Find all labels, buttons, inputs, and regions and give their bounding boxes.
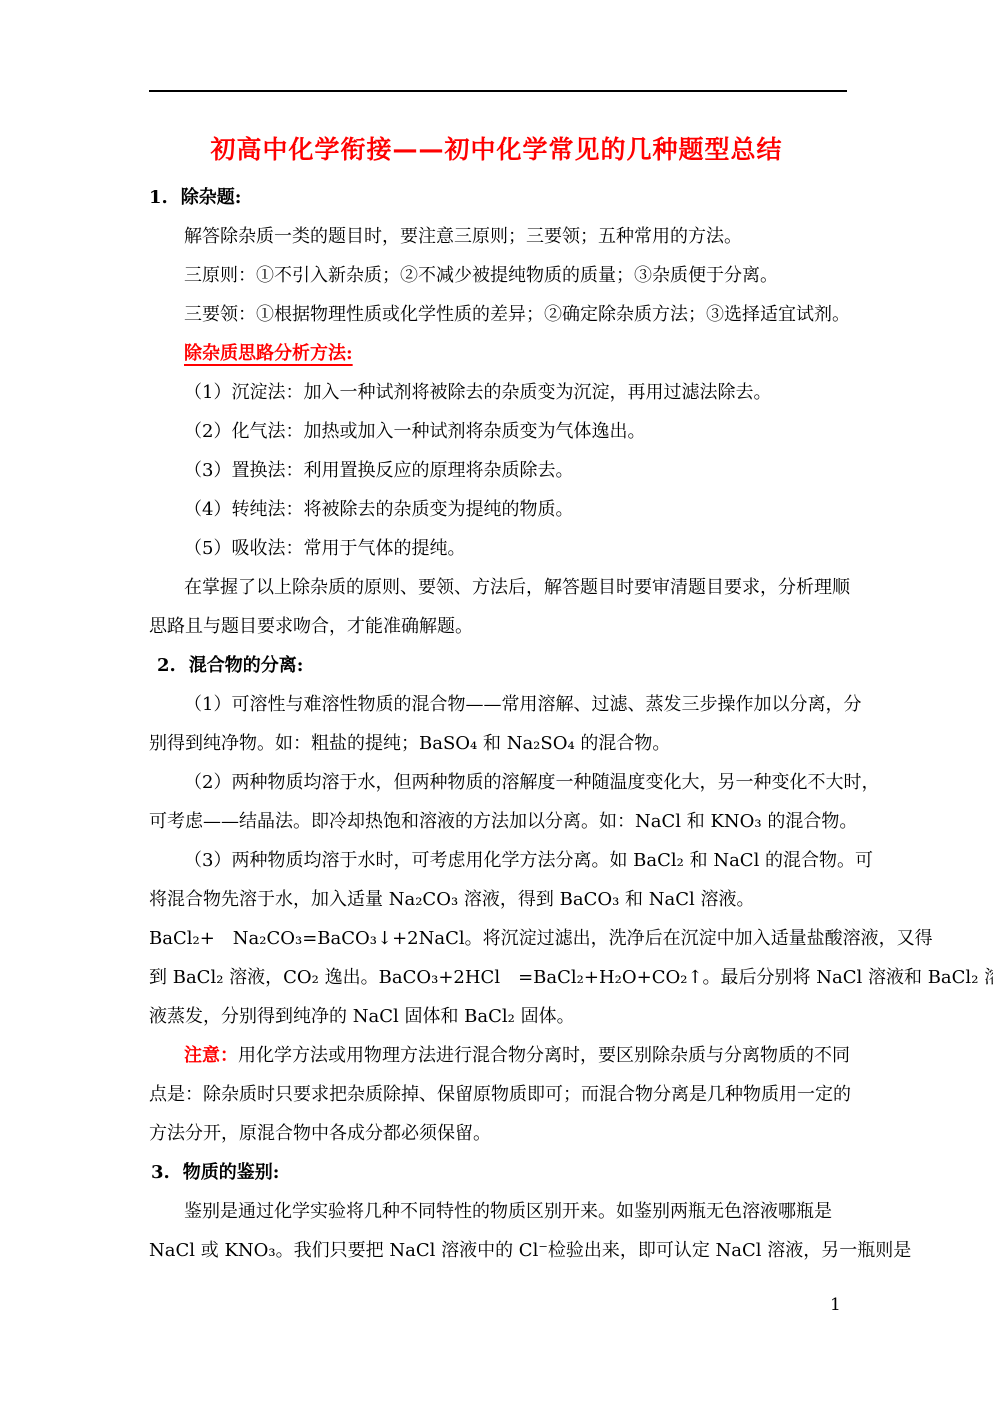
paragraph-line: （3）两种物质均溶于水时，可考虑用化学方法分离。如 BaCl₂ 和 NaCl 的… (149, 841, 849, 880)
paragraph-line: 三原则：①不引入新杂质；②不减少被提纯物质的质量；③杂质便于分离。 (149, 256, 849, 295)
chemical-equation-line: BaCl₂+ Na₂CO₃=BaCO₃↓+2NaCl。将沉淀过滤出，洗净后在沉淀… (149, 919, 849, 958)
note-line: 注意：用化学方法或用物理方法进行混合物分离时，要区别除杂质与分离物质的不同 (149, 1036, 849, 1075)
method-item: （3）置换法：利用置换反应的原理将杂质除去。 (149, 451, 849, 490)
section-1-heading: 1.除杂题: (149, 178, 849, 217)
document-body: 1.除杂题: 解答除杂质一类的题目时，要注意三原则；三要领；五种常用的方法。 三… (149, 178, 849, 1270)
document-title: 初高中化学衔接——初中化学常见的几种题型总结 (0, 130, 993, 166)
document-page: 初高中化学衔接——初中化学常见的几种题型总结 1.除杂题: 解答除杂质一类的题目… (0, 0, 993, 1404)
section-2-heading-label: 混合物的分离: (189, 655, 304, 676)
method-item: （2）化气法：加热或加入一种试剂将杂质变为气体逸出。 (149, 412, 849, 451)
chemical-equation-line: 到 BaCl₂ 溶液，CO₂ 逸出。BaCO₃+2HCl =BaCl₂+H₂O+… (149, 958, 849, 997)
note-line: 方法分开，原混合物中各成分都必须保留。 (149, 1114, 849, 1153)
paragraph-line: 将混合物先溶于水，加入适量 Na₂CO₃ 溶液，得到 BaCO₃ 和 NaCl … (149, 880, 849, 919)
section-1-number: 1. (149, 187, 168, 208)
method-item: （4）转纯法：将被除去的杂质变为提纯的物质。 (149, 490, 849, 529)
methods-subheading-label: 除杂质思路分析方法: (184, 343, 353, 364)
note-line: 点是：除杂质时只要求把杂质除掉、保留原物质即可；而混合物分离是几种物质用一定的 (149, 1075, 849, 1114)
section-2-heading: 2.混合物的分离: (149, 646, 849, 685)
page-number: 1 (830, 1295, 841, 1315)
section-3-heading-label: 物质的鉴别: (183, 1162, 280, 1183)
method-item: （5）吸收法：常用于气体的提纯。 (149, 529, 849, 568)
paragraph-line: 液蒸发，分别得到纯净的 NaCl 固体和 BaCl₂ 固体。 (149, 997, 849, 1036)
paragraph-line: （2）两种物质均溶于水，但两种物质的溶解度一种随温度变化大，另一种变化不大时， (149, 763, 849, 802)
paragraph-line: 三要领：①根据物理性质或化学性质的差异；②确定除杂质方法；③选择适宜试剂。 (149, 295, 849, 334)
paragraph-line: 鉴别是通过化学实验将几种不同特性的物质区别开来。如鉴别两瓶无色溶液哪瓶是 (149, 1192, 849, 1231)
section-1-heading-label: 除杂题: (181, 187, 242, 208)
paragraph-line: 可考虑——结晶法。即冷却热饱和溶液的方法加以分离。如：NaCl 和 KNO₃ 的… (149, 802, 849, 841)
paragraph-line: 别得到纯净物。如：粗盐的提纯；BaSO₄ 和 Na₂SO₄ 的混合物。 (149, 724, 849, 763)
note-label: 注意： (184, 1045, 238, 1066)
paragraph-line: （1）可溶性与难溶性物质的混合物——常用溶解、过滤、蒸发三步操作加以分离，分 (149, 685, 849, 724)
note-text: 用化学方法或用物理方法进行混合物分离时，要区别除杂质与分离物质的不同 (238, 1045, 850, 1066)
method-item: （1）沉淀法：加入一种试剂将被除去的杂质变为沉淀，再用过滤法除去。 (149, 373, 849, 412)
paragraph-line: 解答除杂质一类的题目时，要注意三原则；三要领；五种常用的方法。 (149, 217, 849, 256)
paragraph-line: NaCl 或 KNO₃。我们只要把 NaCl 溶液中的 Cl⁻检验出来，即可认定… (149, 1231, 849, 1270)
section-2-number: 2. (157, 655, 176, 676)
paragraph-line: 思路且与题目要求吻合，才能准确解题。 (149, 607, 849, 646)
section-3-heading: 3.物质的鉴别: (149, 1153, 849, 1192)
section-3-number: 3. (151, 1162, 170, 1183)
header-rule (149, 90, 847, 92)
paragraph-line: 在掌握了以上除杂质的原则、要领、方法后，解答题目时要审清题目要求，分析理顺 (149, 568, 849, 607)
methods-subheading: 除杂质思路分析方法: (149, 334, 849, 373)
